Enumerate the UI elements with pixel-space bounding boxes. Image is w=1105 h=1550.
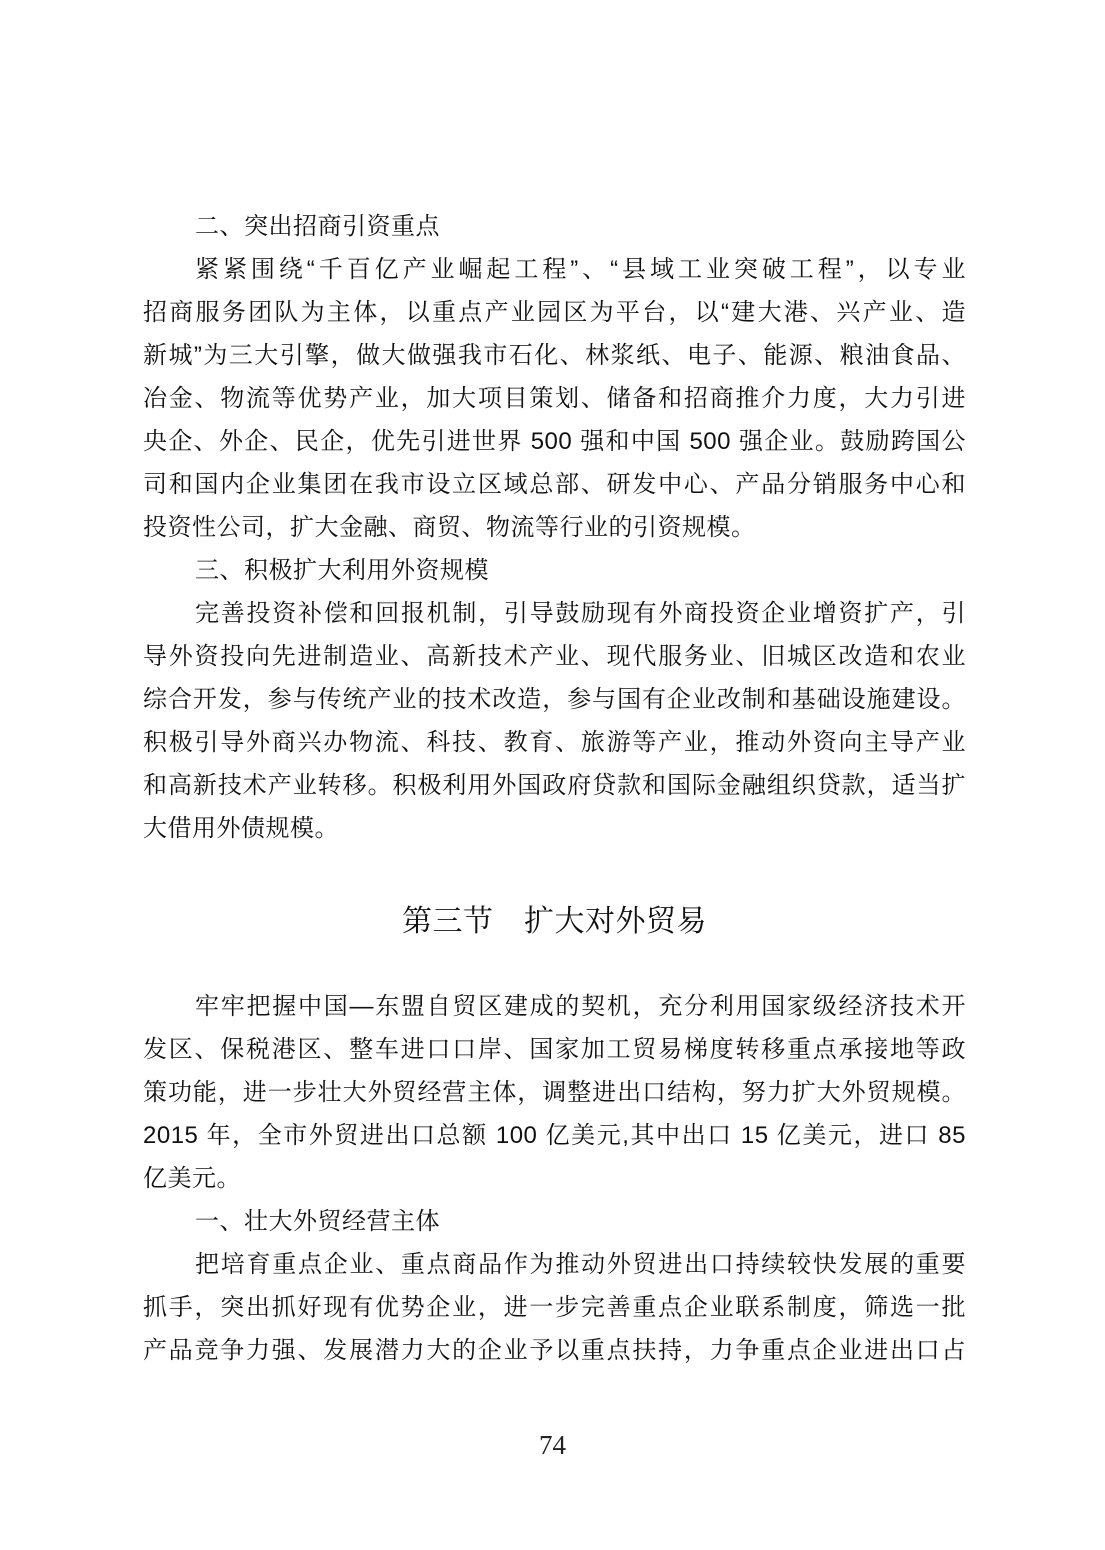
paragraph-line: 亿美元。 [143, 1157, 966, 1200]
section-title: 第三节 扩大对外贸易 [143, 900, 966, 943]
paragraph-line: 把培育重点企业、重点商品作为推动外贸进出口持续较快发展的重要 [143, 1243, 966, 1286]
subheading-3: 三、积极扩大利用外资规模 [143, 549, 966, 592]
subheading-2: 二、突出招商引资重点 [143, 205, 966, 248]
paragraph-line: 2015 年，全市外贸进出口总额 100 亿美元,其中出口 15 亿美元，进口 … [143, 1114, 966, 1157]
paragraph-line: 综合开发，参与传统产业的技术改造，参与国有企业改制和基础设施建设。 [143, 678, 966, 721]
paragraph-line: 招商服务团队为主体，以重点产业园区为平台，以“建大港、兴产业、造 [143, 291, 966, 334]
paragraph-line: 紧紧围绕“千百亿产业崛起工程”、“县域工业突破工程”，以专业 [143, 248, 966, 291]
paragraph-line: 牢牢把握中国—东盟自贸区建成的契机，充分利用国家级经济技术开 [143, 985, 966, 1028]
paragraph-line: 抓手，突出抓好现有优势企业，进一步完善重点企业联系制度，筛选一批 [143, 1286, 966, 1329]
paragraph-line: 投资性公司，扩大金融、商贸、物流等行业的引资规模。 [143, 506, 966, 549]
paragraph-line: 和高新技术产业转移。积极利用外国政府贷款和国际金融组织贷款，适当扩 [143, 764, 966, 807]
paragraph-line: 冶金、物流等优势产业，加大项目策划、储备和招商推介力度，大力引进 [143, 377, 966, 420]
paragraph-line: 产品竞争力强、发展潜力大的企业予以重点扶持，力争重点企业进出口占 [143, 1329, 966, 1372]
paragraph-line: 完善投资补偿和回报机制，引导鼓励现有外商投资企业增资扩产，引 [143, 592, 966, 635]
document-page: 二、突出招商引资重点 紧紧围绕“千百亿产业崛起工程”、“县域工业突破工程”，以专… [0, 0, 1105, 1550]
paragraph-line: 司和国内企业集团在我市设立区域总部、研发中心、产品分销服务中心和 [143, 463, 966, 506]
paragraph-line: 新城”为三大引擎，做大做强我市石化、林浆纸、电子、能源、粮油食品、 [143, 334, 966, 377]
paragraph-line: 大借用外债规模。 [143, 807, 966, 850]
page-number: 74 [0, 1430, 1105, 1461]
paragraph-line: 发区、保税港区、整车进口口岸、国家加工贸易梯度转移重点承接地等政 [143, 1028, 966, 1071]
paragraph-line: 央企、外企、民企，优先引进世界 500 强和中国 500 强企业。鼓励跨国公 [143, 420, 966, 463]
subheading-1: 一、壮大外贸经营主体 [143, 1200, 966, 1243]
paragraph-line: 策功能，进一步壮大外贸经营主体，调整进出口结构，努力扩大外贸规模。 [143, 1071, 966, 1114]
paragraph-line: 积极引导外商兴办物流、科技、教育、旅游等产业，推动外资向主导产业 [143, 721, 966, 764]
text-block: 二、突出招商引资重点 紧紧围绕“千百亿产业崛起工程”、“县域工业突破工程”，以专… [143, 205, 966, 1372]
paragraph-line: 导外资投向先进制造业、高新技术产业、现代服务业、旧城区改造和农业 [143, 635, 966, 678]
